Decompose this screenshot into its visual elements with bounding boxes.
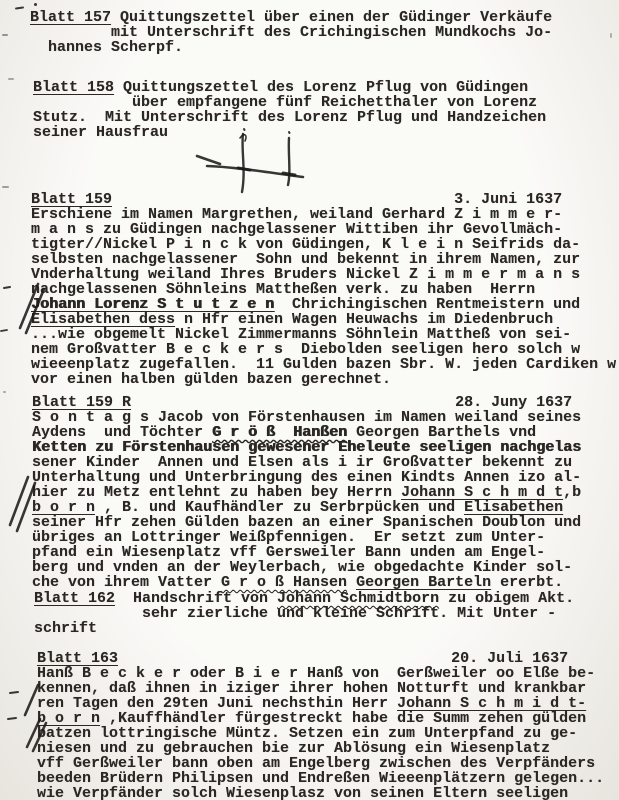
text-line: m a n s zu Güdingen nachgelassener Witti… [31,222,619,237]
scan-speck [8,78,14,80]
text-line: vor einen halben gülden bazen gerechnet. [31,372,619,387]
blatt-159: Blatt 159 3. Juni 1637Erschiene im Namen… [30,192,619,387]
text-line: Hanß B e c k e r oder B i e r Hanß von G… [37,666,619,681]
text-line: ren Tagen den 29ten Juni nechsthin Herr … [37,696,619,711]
text-line: sener Kinder Annen und Elsen als i ir Gr… [32,455,619,470]
scan-speck [610,33,612,38]
text-line: übriges an Lottringer Weißpfennigen. Er … [32,530,619,545]
text-line: beeden Brüdern Philipsen und Endreßen Wi… [37,771,619,786]
text-run: seiner Hausfrau [33,124,168,141]
text-line: mit Unterschrift des Crichingischen Mund… [30,25,619,40]
text-line: vff Gerßweiler bann oben am Engelberg zw… [37,756,619,771]
text-line: Elisabethen dess n Hfr einen Wagen Heuwa… [31,312,619,327]
text-run: sehr zierliche und kleine Schrift. Mit U… [34,605,556,622]
text-line: hannes Scherpf. [30,40,619,55]
handzeichen-cross-mark [190,128,315,203]
text-run: ,b [563,484,581,501]
text-run: vor einen halben gülden bazen gerechnet. [31,371,391,388]
blatt-163: Blatt 163 20. Juli 1637Hanß B e c k e r … [30,651,619,800]
text-line: schrift [34,621,619,636]
text-line: b o r n ,Kauffhändler fürgestreckt habe … [37,711,619,726]
text-line: Erschiene im Namen Margrethen, weiland G… [31,207,619,222]
underlined-text: G r o ß Hansen [221,574,347,591]
text-line: batzen lottringische Müntz. Setzen ein z… [37,726,619,741]
scan-speck [3,391,6,393]
text-run: schrift [34,620,97,637]
margin-dash-slash-icon [6,683,50,753]
text-run: wie Verpfänder solch Wiesenplasz von sei… [37,785,568,800]
text-run [347,574,356,591]
blatt-162: Blatt 162 Handschrift von Johann Schmidt… [30,591,619,636]
typewritten-page: Blatt 157 Quittungszettel über einen der… [0,0,619,800]
text-line: seiner Hausfrau [33,125,619,140]
text-line: wieeenplatz zugefallen. 11 Gulden bazen … [31,357,619,372]
text-run: hannes Scherpf. [30,39,183,56]
scan-speck [15,6,24,9]
text-line: pfand ein Wiesenplatz vff Gersweiler Ban… [32,545,619,560]
text-run: che von ihrem Vatter [32,574,221,591]
scan-speck [2,186,9,188]
text-line: kennen, daß ihnen in iziger ihrer hohen … [37,681,619,696]
text-line: berg und vnden an der Weylerbach, wie ob… [32,560,619,575]
scan-speck [34,3,37,6]
text-run: ererbt. [491,574,563,591]
text-line: Blatt 157 Quittungszettel über einen der… [30,10,619,25]
scan-speck [2,34,8,36]
text-line: niesen und zu gebrauchen bie zur Ablösun… [37,741,619,756]
underlined-text: Georgen Barteln [356,574,491,591]
text-line: Blatt 159 R 28. Juny 1637 [32,395,619,410]
margin-double-slash-icon [0,278,50,340]
text-line: Blatt 159 3. Juni 1637 [31,192,619,207]
text-line: Blatt 162 Handschrift von Johann Schmidt… [34,591,619,606]
blatt-158: Blatt 158 Quittungszettel des Lorenz Pfl… [30,80,619,140]
text-line: seiner Hfr zehen Gülden bazen an einer S… [32,515,619,530]
text-line: b o r n , B. und Kaufhändler zu Serbrpüc… [32,500,619,515]
margin-double-slash-icon [2,473,40,537]
text-line: nem Großvatter B e c k e r s Diebolden s… [31,342,619,357]
text-line: wie Verpfänder solch Wiesenplasz von sei… [37,786,619,800]
text-line: sehr zierliche und kleine Schrift. Mit U… [34,606,619,621]
text-line: Blatt 158 Quittungszettel des Lorenz Pfl… [33,80,619,95]
text-line: S o n t a g s Jacob von Förstenhausen im… [32,410,619,425]
text-line: über empfangene fünf Reichetthaler von L… [33,95,619,110]
text-line: selbsten nachgelassener Sohn und bekennt… [31,252,619,267]
text-line: Johann Lorenz S t u t z e n Chrichingisc… [31,297,619,312]
typewritten-text: Blatt 157 Quittungszettel über einen der… [30,10,619,800]
text-line: tigter//Nickel P i n c k von Güdingen, K… [31,237,619,252]
text-line: Blatt 163 20. Juli 1637 [37,651,619,666]
text-line: che von ihrem Vatter G r o ß Hansen Geor… [32,575,619,590]
text-line: Vnderhaltung weiland Ihres Bruders Nicke… [31,267,619,282]
text-line: Ketten zu Förstenhausen gewesener Eheleu… [32,440,619,455]
text-line: Aydens und Töchter G r ö ß Hanßen George… [32,425,619,440]
blatt-159r: Blatt 159 R 28. Juny 1637S o n t a g s J… [30,395,619,590]
text-line: nachgelassenen Söhnleins Mattheßen verk.… [31,282,619,297]
text-line: Unterhaltung und Unterbringung des einen… [32,470,619,485]
text-line: Stutz. Mit Unterschrift des Lorenz Pflug… [33,110,619,125]
text-line: hier zu Metz entlehnt zu haben bey Herrn… [32,485,619,500]
blatt-157: Blatt 157 Quittungszettel über einen der… [30,10,619,55]
text-line: ...wie obgemelt Nickel Zimmermanns Söhnl… [31,327,619,342]
